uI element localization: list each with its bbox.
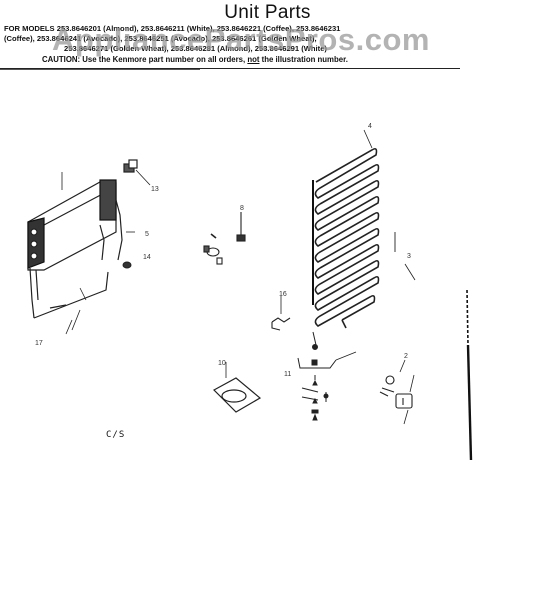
callout-16: 16 (279, 291, 287, 298)
evaporator-coil[interactable] (313, 130, 415, 328)
callout-2: 2 (404, 353, 408, 360)
drain-tube-part[interactable] (467, 290, 471, 460)
condenser-part[interactable] (28, 172, 135, 334)
section-label: C/S (106, 430, 125, 440)
bracket-part[interactable] (272, 296, 290, 330)
compressor-mount-hardware[interactable] (298, 332, 356, 420)
callout-3: 3 (407, 253, 411, 260)
callout-13: 13 (151, 186, 159, 193)
callout-17: 17 (35, 340, 43, 347)
relay-overload-part[interactable] (380, 360, 414, 424)
grommet-part[interactable] (123, 262, 131, 268)
callout-11: 11 (284, 371, 291, 378)
callout-4: 4 (368, 123, 372, 130)
callout-10: 10 (218, 360, 226, 367)
thermostat-part[interactable] (204, 212, 245, 264)
callout-5: 5 (145, 231, 149, 238)
callout-14: 14 (143, 254, 151, 261)
mounting-plate-part[interactable] (214, 362, 260, 412)
drier-part[interactable] (124, 160, 150, 185)
parts-diagram: 17 5 14 13 8 4 3 16 (0, 0, 535, 600)
callout-8: 8 (240, 205, 244, 212)
